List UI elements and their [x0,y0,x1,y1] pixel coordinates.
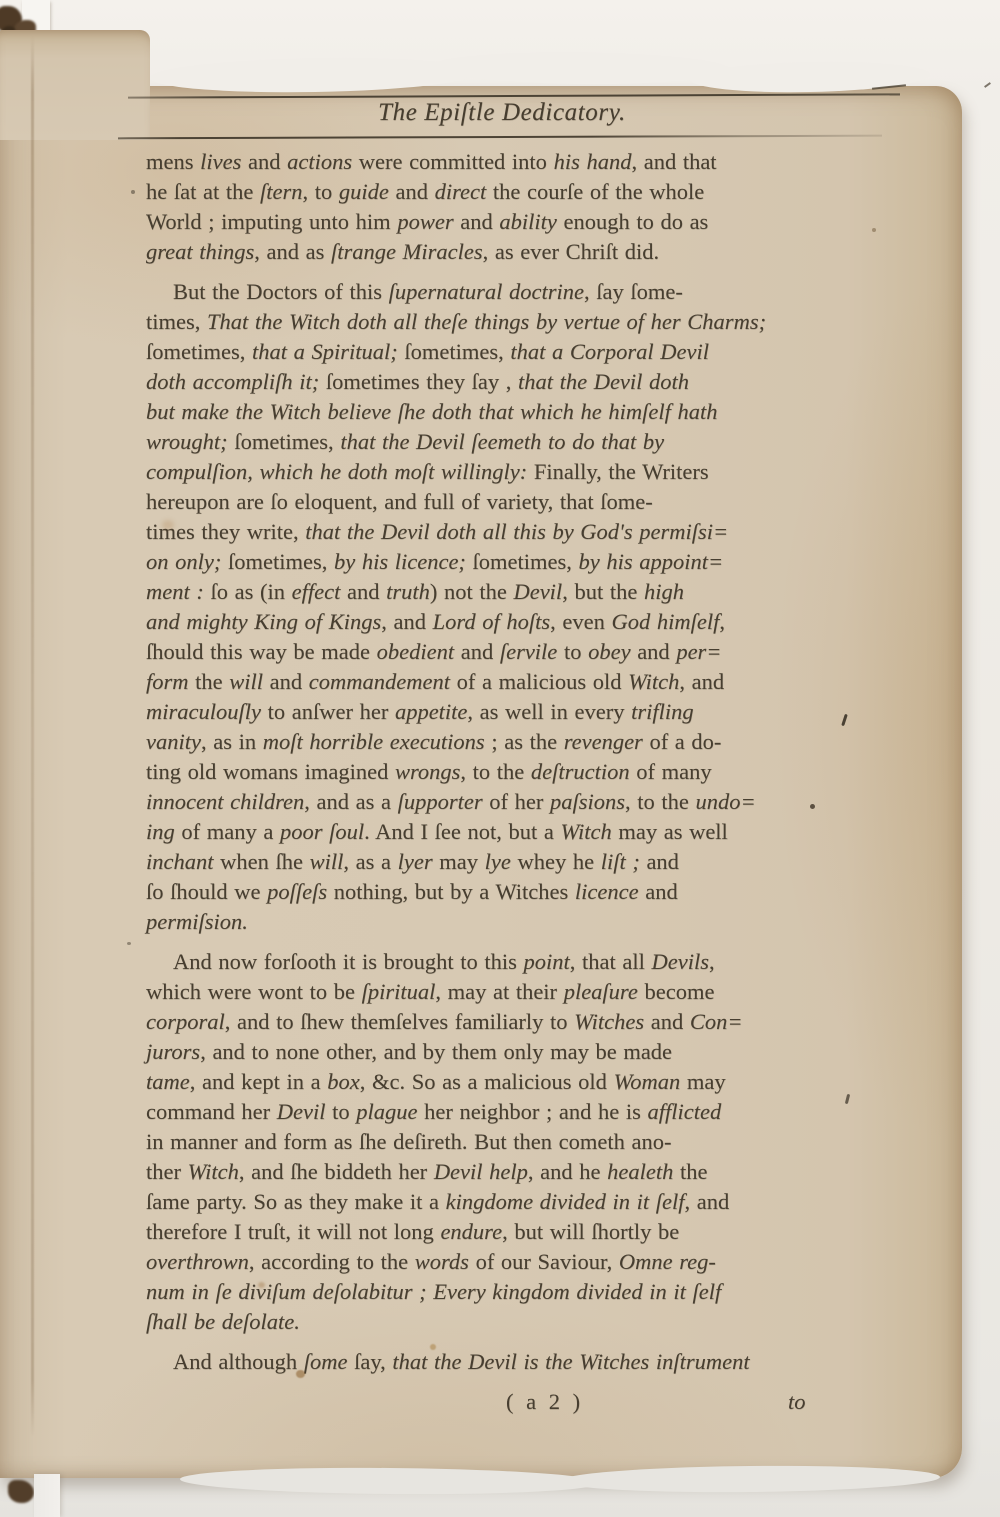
signature-mark: ( a 2 ) [506,1387,583,1417]
text-line: ting old womans imagined wrongs, to the … [146,757,818,787]
text-line: wrought; ſometimes, that the Devil ſeeme… [146,427,818,457]
text-line: on only; ſometimes, by his licence; ſome… [146,547,818,577]
text-block: mens lives and actions were committed in… [146,147,818,1417]
text-line: great things, and as ſtrange Miracles, a… [146,237,818,267]
text-line: in manner and form as ſhe deſireth. But … [146,1127,818,1157]
text-line: jurors, and to none other, and by them o… [146,1037,818,1067]
text-line: innocent children, and as a ſupporter of… [146,787,818,817]
printed-rule-mark [984,82,991,88]
text-line: World ; imputing unto him power and abil… [146,207,818,237]
text-line: ſame party. So as they make it a kingdom… [146,1187,818,1217]
stain-spot [258,1282,265,1288]
text-line: miraculouſly to anſwer her appetite, as … [146,697,818,727]
text-line: corporal, and to ſhew themſelves familia… [146,1007,818,1037]
text-line: overthrown, according to the words of ou… [146,1247,818,1277]
text-line: ther Witch, and ſhe biddeth her Devil he… [146,1157,818,1187]
text-line: command her Devil to plague her neighbor… [146,1097,818,1127]
page-crease [31,36,34,1436]
stain-spot [296,1370,305,1378]
text-line: but make the Witch believe ſhe doth that… [146,397,818,427]
text-line: hereupon are ſo eloquent, and full of va… [146,487,818,517]
stray-ink-mark [127,942,131,945]
text-line: ſhall be deſolate. [146,1307,818,1337]
text-line: compulſion, which he doth moſt willingly… [146,457,818,487]
text-line: permiſsion. [146,907,818,937]
stain-spot [872,228,876,232]
text-line: times they write, that the Devil doth al… [146,517,818,547]
text-line: vanity, as in moſt horrible executions ;… [146,727,818,757]
paragraph: And although ſome ſay, that the Devil is… [146,1347,818,1377]
text-line: ſo ſhould we poſſeſs nothing, but by a W… [146,877,818,907]
binding-fragment [8,1480,34,1503]
footer-line: ( a 2 ) to [146,1387,818,1417]
text-line: And now forſooth it is brought to this p… [146,947,818,977]
text-line: ſometimes, that a Spiritual; ſometimes, … [146,337,818,367]
text-line: times, That the Witch doth all theſe thi… [146,307,818,337]
paragraphs-container: mens lives and actions were committed in… [146,147,818,1377]
book-page-gutter-corner [0,30,150,140]
deckle-edge [430,50,730,85]
text-line: tame, and kept in a box, &c. So as a mal… [146,1067,818,1097]
text-line: inchant when ſhe will, as a lyer may lye… [146,847,818,877]
stray-ink-mark [131,190,135,194]
text-line: mens lives and actions were committed in… [146,147,818,177]
stain-spot [430,1344,436,1350]
text-line: And although ſome ſay, that the Devil is… [146,1347,818,1377]
text-line: he ſat at the ſtern, to guide and direct… [146,177,818,207]
text-line: ment : ſo as (in effect and truth) not t… [146,577,818,607]
ink-dot [810,804,815,809]
text-line: doth accompliſh it; ſometimes they ſay ,… [146,367,818,397]
stain-spot [162,520,174,530]
text-line: ing of many a poor ſoul. And I ſee not, … [146,817,818,847]
underlying-leaf-edge [34,1474,60,1517]
catchword: to [788,1387,806,1417]
paragraph: mens lives and actions were committed in… [146,147,818,267]
text-line: num in ſe diviſum deſolabitur ; Every ki… [146,1277,818,1307]
text-line: and mighty King of Kings, and Lord of ho… [146,607,818,637]
scanned-book-photo: { "colors": { "paper_beige": "#d7c9b3", … [0,0,1000,1517]
text-line: which were wont to be ſpiritual, may at … [146,977,818,1007]
paragraph: And now forſooth it is brought to this p… [146,947,818,1337]
running-header-title: The Epiſtle Dedicatory. [150,99,854,127]
text-line: form the will and commandement of a mali… [146,667,818,697]
text-line: therefore I truſt, it will not long endu… [146,1217,818,1247]
text-line: But the Doctors of this ſupernatural doc… [146,277,818,307]
paragraph: But the Doctors of this ſupernatural doc… [146,277,818,937]
text-line: ſhould this way be made obedient and ſer… [146,637,818,667]
